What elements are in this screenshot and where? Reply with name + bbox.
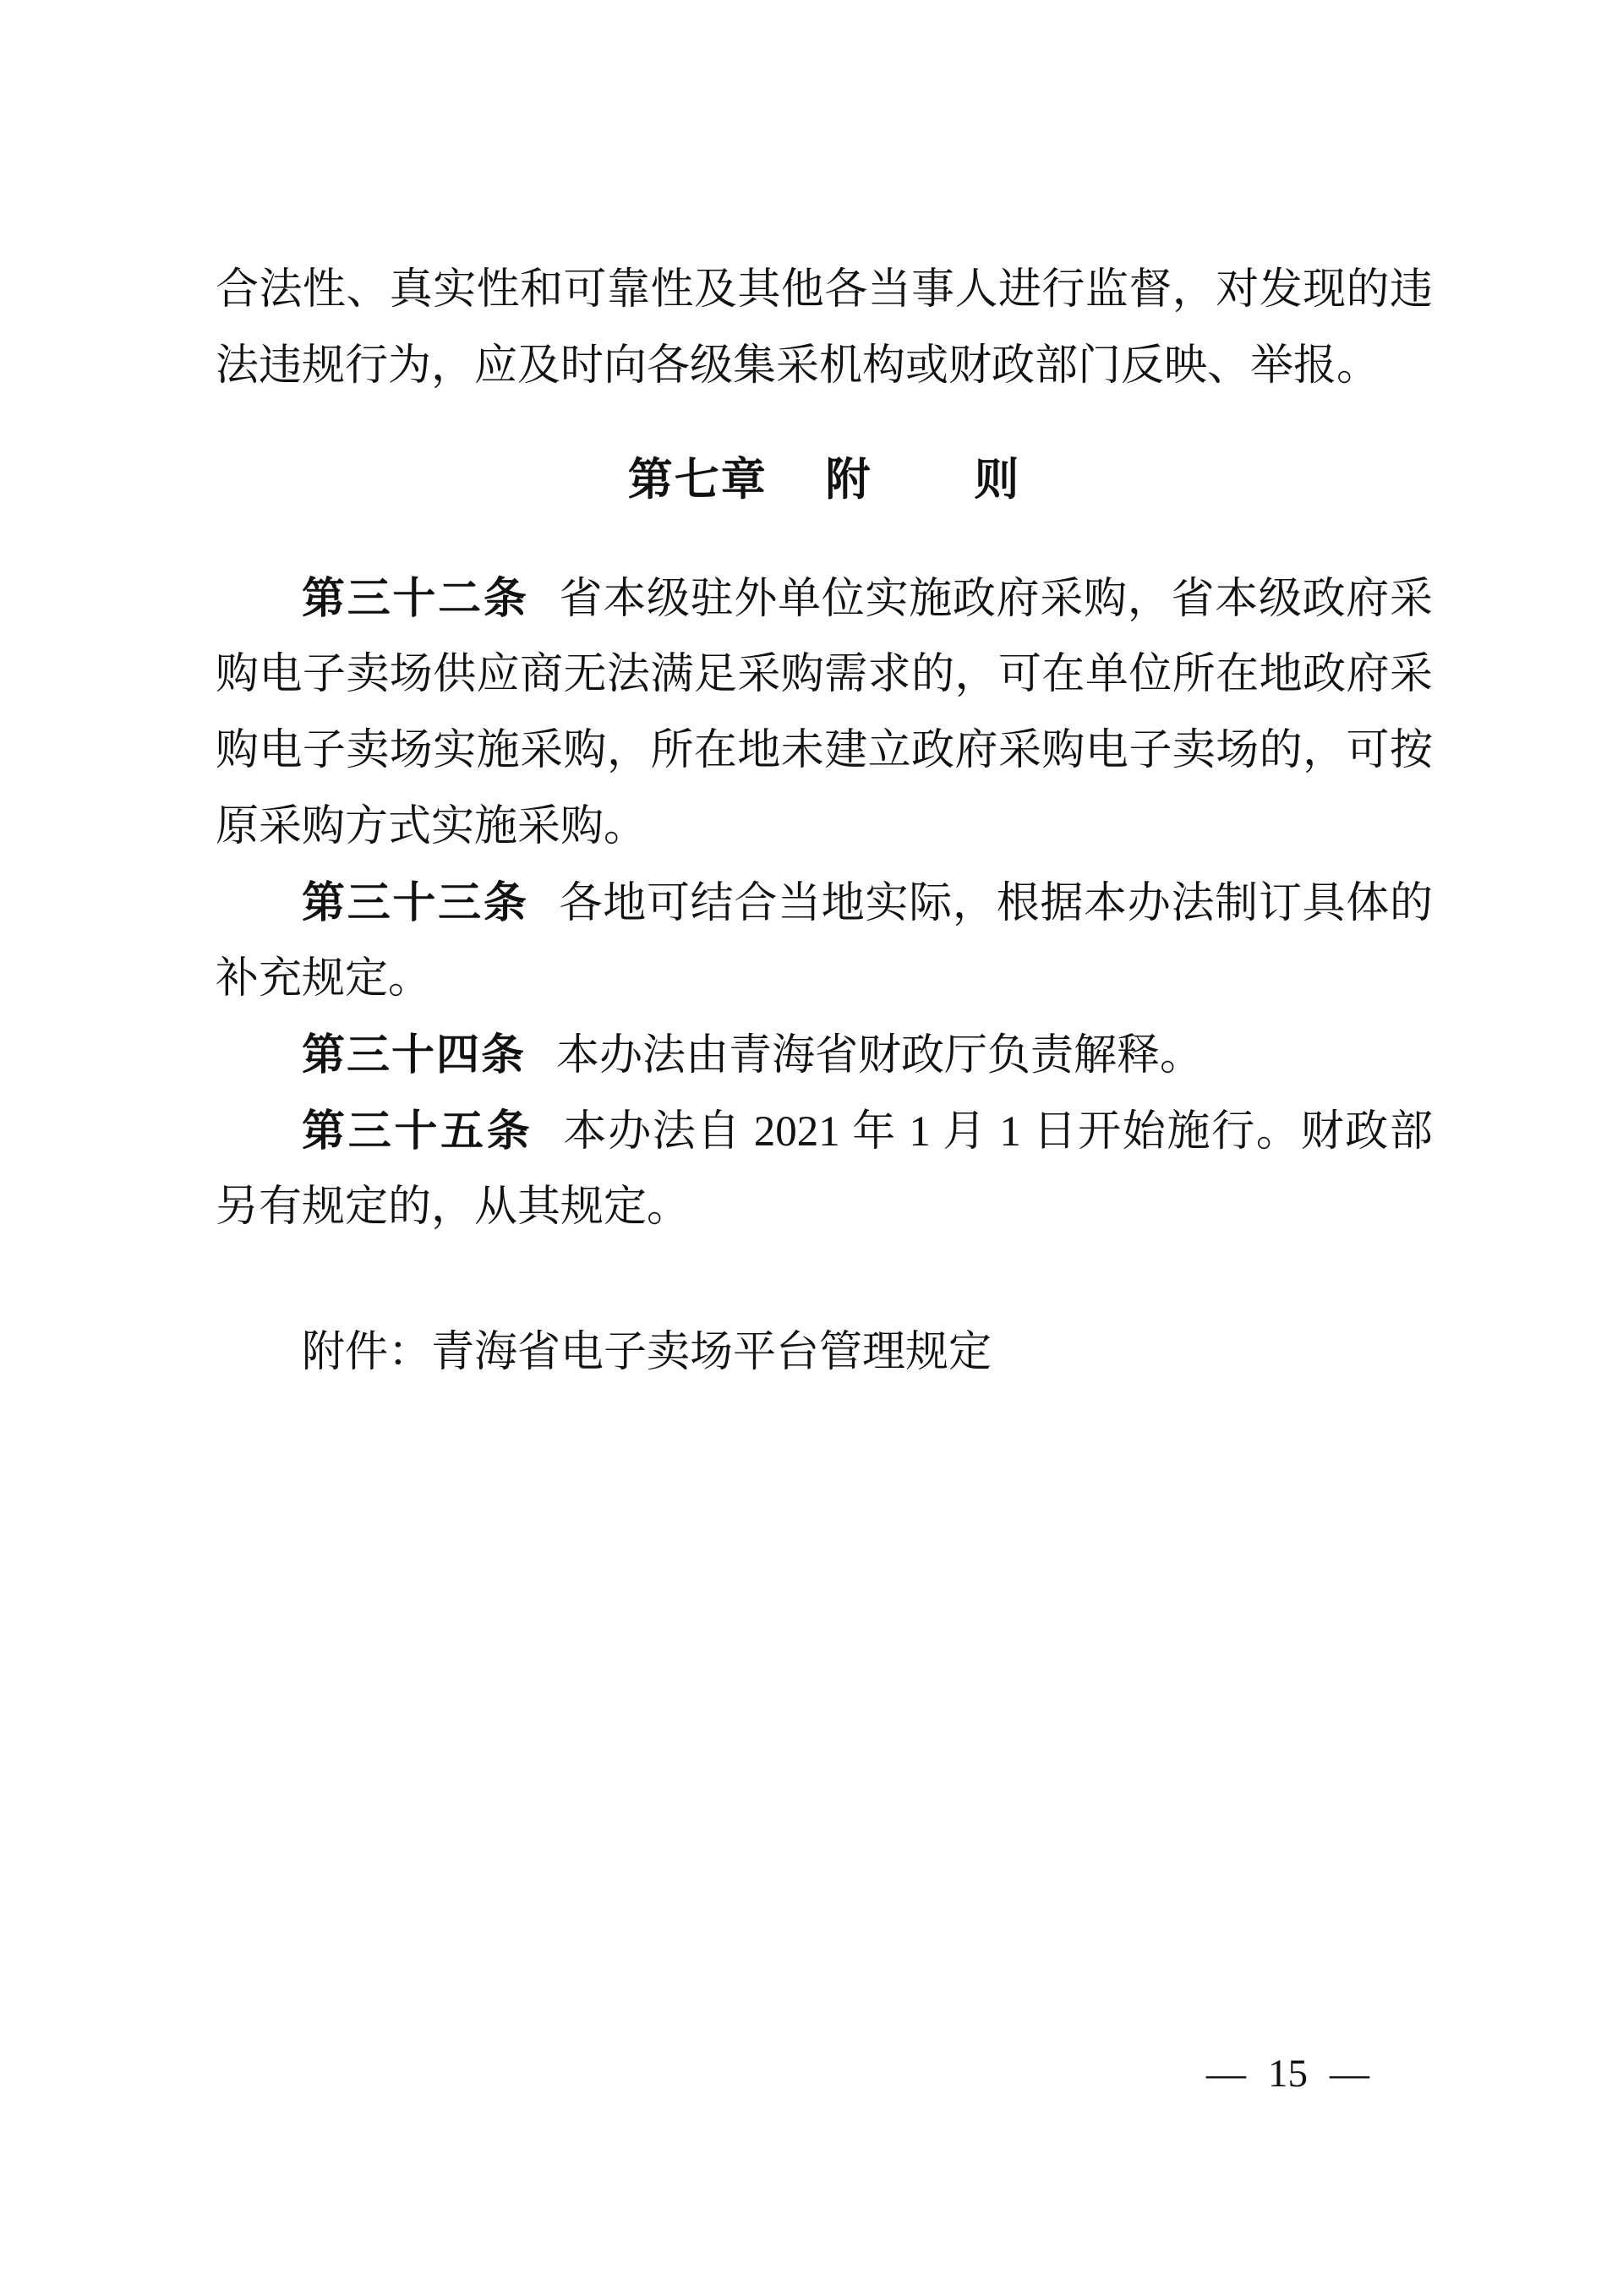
article-34-label: 第三十四条: [302, 1030, 526, 1079]
document-body: 合法性、真实性和可靠性及其他各当事人进行监督，对发现的违 法违规行为，应及时向各…: [216, 252, 1433, 1434]
article-34-line-1: 第三十四条本办法由青海省财政厅负责解释。: [216, 1017, 1433, 1093]
article-32-line-4: 原采购方式实施采购。: [216, 789, 1433, 865]
page-number-dash-left: —: [1206, 2052, 1246, 2096]
article-33-line-1: 第三十三条各地可结合当地实际，根据本办法制订具体的: [216, 865, 1433, 941]
page-number-value: 15: [1268, 2052, 1308, 2096]
article-32-label: 第三十二条: [302, 574, 529, 622]
article-35-line-2: 另有规定的，从其规定。: [216, 1169, 1433, 1245]
chapter-heading: 第七章 附 则: [216, 442, 1433, 518]
chapter-title-char-2: 则: [974, 455, 1020, 505]
article-35-line-1: 第三十五条本办法自 2021 年 1 月 1 日开始施行。财政部: [216, 1093, 1433, 1169]
article-33-text-1: 各地可结合当地实际，根据本办法制订具体的: [560, 880, 1433, 927]
intro-paragraph-line-1: 合法性、真实性和可靠性及其他各当事人进行监督，对发现的违: [216, 252, 1433, 328]
chapter-title-char-1: 附: [826, 455, 872, 505]
article-34-text-1: 本办法由青海省财政厅负责解释。: [556, 1032, 1203, 1080]
attachment-note: 附件：青海省电子卖场平台管理规定: [216, 1315, 1433, 1391]
article-32-text-1: 省本级驻外单位实施政府采购，省本级政府采: [560, 576, 1433, 623]
document-page: 合法性、真实性和可靠性及其他各当事人进行监督，对发现的违 法违规行为，应及时向各…: [0, 0, 1623, 2296]
article-32-line-1: 第三十二条省本级驻外单位实施政府采购，省本级政府采: [216, 560, 1433, 637]
page-number: —15—: [1206, 2036, 1369, 2112]
page-number-dash-right: —: [1330, 2052, 1369, 2096]
article-33-line-2: 补充规定。: [216, 941, 1433, 1017]
intro-paragraph-line-2: 法违规行为，应及时向各级集采机构或财政部门反映、举报。: [216, 328, 1433, 404]
article-35-label: 第三十五条: [302, 1107, 533, 1155]
article-32-line-2: 购电子卖场供应商无法满足采购需求的，可在单位所在地政府采: [216, 637, 1433, 713]
article-32-line-3: 购电子卖场实施采购，所在地未建立政府采购电子卖场的，可按: [216, 713, 1433, 789]
article-33-label: 第三十三条: [302, 878, 529, 927]
chapter-number: 第七章: [628, 455, 768, 505]
article-35-text-1: 本办法自 2021 年 1 月 1 日开始施行。财政部: [564, 1108, 1433, 1156]
